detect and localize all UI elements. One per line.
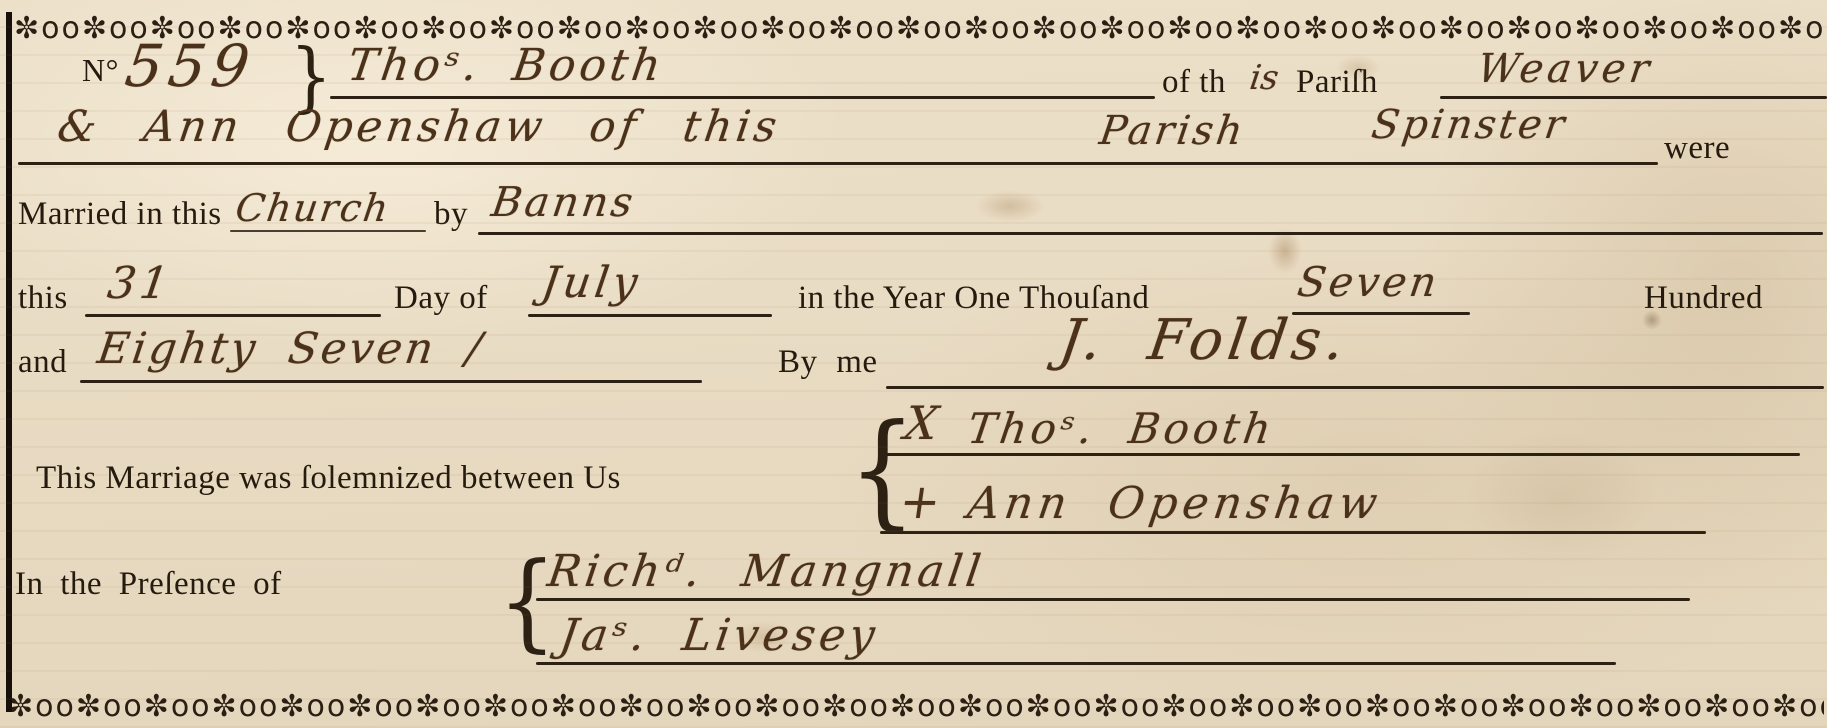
- groom-signature: Thoˢ. Booth: [965, 404, 1278, 453]
- parish-fill-entry: is: [1247, 58, 1281, 98]
- year-hundreds-entry: Seven: [1295, 258, 1443, 306]
- bride-mark: +: [896, 474, 944, 530]
- parish-label: Pariſh: [1296, 64, 1378, 101]
- groom-occupation-entry: Weaver: [1475, 46, 1656, 92]
- of-th-label: of th: [1162, 64, 1226, 101]
- bride-name-entry: & Ann Openshaw of this: [54, 102, 783, 152]
- witness2-rule: [536, 662, 1616, 665]
- year-rest-entry: Eighty Seven ∕: [94, 324, 487, 374]
- month-rule: [528, 314, 772, 317]
- number-label: N°: [82, 52, 119, 89]
- groom-signature-rule: [880, 453, 1800, 456]
- married-in-this-label: Married in this: [18, 196, 222, 233]
- witness1-signature: Richᵈ. Mangnall: [544, 546, 987, 597]
- witness2-signature: Jaˢ. Livesey: [556, 610, 882, 661]
- day-of-label: Day of: [394, 280, 488, 317]
- this-label: this: [18, 280, 68, 317]
- solemnized-label: This Marriage was ſolemnized between Us: [36, 460, 621, 497]
- presence-label: In the Preſence of: [15, 566, 282, 603]
- paper-stain: [975, 190, 1045, 222]
- register-number: 559: [121, 32, 259, 100]
- and-label: and: [18, 344, 67, 381]
- married-place-entry: Church: [233, 186, 393, 230]
- hundred-label: Hundred: [1644, 280, 1763, 317]
- groom-name-rule: [330, 96, 1155, 99]
- were-label: were: [1664, 130, 1730, 167]
- married-place-rule: [230, 230, 426, 232]
- groom-name-entry: Thoˢ. Booth: [344, 40, 667, 91]
- day-entry: 31: [104, 258, 175, 309]
- year-rest-rule: [80, 380, 702, 383]
- bride-condition-entry: Spinster: [1369, 102, 1570, 148]
- left-page-edge: [6, 12, 12, 712]
- by-me-label: By me: [778, 344, 878, 381]
- minister-signature: J. Folds.: [1055, 308, 1353, 373]
- married-by-rule: [478, 232, 1823, 235]
- by-me-rule: [886, 386, 1824, 389]
- month-entry: July: [538, 258, 644, 308]
- day-rule: [85, 314, 381, 317]
- witness1-rule: [536, 598, 1690, 601]
- married-by-entry: Banns: [489, 178, 639, 226]
- bride-line-rule: [18, 162, 1658, 165]
- paper-stain: [1460, 430, 1660, 570]
- marriage-register-entry: ✼oo✼oo✼oo✼oo✼oo✼oo✼oo✼oo✼oo✼oo✼oo✼oo✼oo✼…: [0, 0, 1827, 728]
- presence-brace: {: [498, 540, 557, 663]
- bride-signature-rule: [880, 531, 1706, 534]
- bride-parish-entry: Parish: [1097, 108, 1249, 154]
- by-label: by: [434, 196, 468, 233]
- bride-signature: Ann Openshaw: [964, 478, 1385, 529]
- bottom-ornament-border: ✼oo✼oo✼oo✼oo✼oo✼oo✼oo✼oo✼oo✼oo✼oo✼oo✼oo✼…: [8, 686, 1824, 728]
- occupation-rule: [1440, 96, 1827, 99]
